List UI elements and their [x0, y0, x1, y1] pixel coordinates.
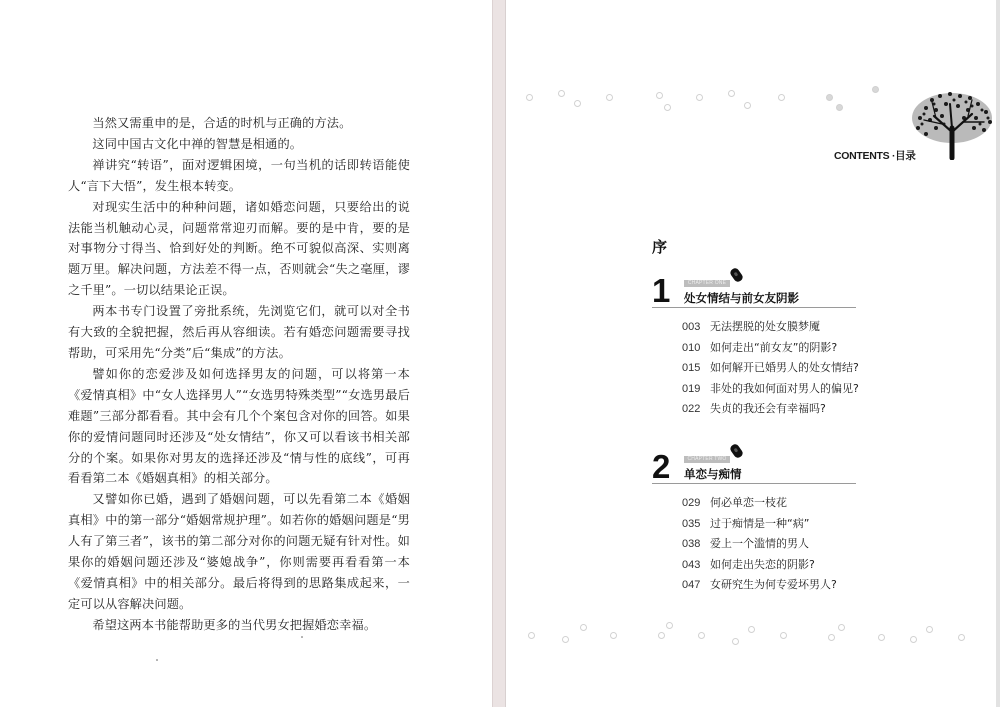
toc-page-number: 022: [682, 403, 710, 415]
flower-icon: [728, 90, 735, 97]
flower-icon: [958, 634, 965, 641]
toc-entry[interactable]: 043 如何走出失恋的阴影?: [682, 556, 837, 577]
chapter-divider: [652, 307, 856, 308]
flower-icon: [658, 632, 665, 639]
toc-page-number: 029: [682, 497, 710, 509]
toc-entry-title: 过于痴情是一种“病”: [710, 515, 809, 531]
toc-page-number: 043: [682, 559, 710, 571]
toc-page-number: 038: [682, 538, 710, 550]
toc-list: 003 无法摆脱的处女膜梦魇 010 如何走出“前女友”的阴影? 015 如何解…: [682, 318, 859, 421]
toc-list: 029 何必单恋一枝花 035 过于痴情是一种“病” 038 爱上一个滥情的男人…: [682, 494, 837, 597]
flower-icon: [698, 632, 705, 639]
toc-entry[interactable]: 019 非处的我如何面对男人的偏见?: [682, 380, 859, 401]
chapter-title[interactable]: 处女情结与前女友阴影: [684, 290, 799, 306]
toc-entry[interactable]: 010 如何走出“前女友”的阴影?: [682, 339, 859, 360]
flower-icon: [562, 636, 569, 643]
flower-icon: [558, 90, 565, 97]
flower-icon: [526, 94, 533, 101]
flower-icon: [910, 636, 917, 643]
paragraph: 这同中国古文化中禅的智慧是相通的。: [68, 134, 410, 155]
toc-page-number: 019: [682, 383, 710, 395]
flower-icon: [828, 634, 835, 641]
flower-icon: [778, 94, 785, 101]
chapter-badge-icon: [729, 443, 744, 460]
toc-entry-title: 失贞的我还会有幸福吗?: [710, 400, 826, 416]
book-spread: 当然又需重申的是，合适的时机与正确的方法。 这同中国古文化中禅的智慧是相通的。 …: [0, 0, 1000, 707]
toc-page-number: 003: [682, 321, 710, 333]
toc-entry-title: 女研究生为何专爱坏男人?: [710, 576, 837, 592]
flower-icon: [574, 100, 581, 107]
chapter-number: 2: [652, 452, 670, 482]
toc-entry[interactable]: 022 失贞的我还会有幸福吗?: [682, 400, 859, 421]
flower-icon: [528, 632, 535, 639]
paragraph: 当然又需重申的是，合适的时机与正确的方法。: [68, 113, 410, 134]
toc-entry[interactable]: 015 如何解开已婚男人的处女情结?: [682, 359, 859, 380]
toc-entry[interactable]: 035 过于痴情是一种“病”: [682, 515, 837, 536]
chapter-number: 1: [652, 276, 670, 306]
flower-icon: [872, 86, 879, 93]
toc-page-number: 010: [682, 342, 710, 354]
flower-icon: [610, 632, 617, 639]
left-page: 当然又需重申的是，合适的时机与正确的方法。 这同中国古文化中禅的智慧是相通的。 …: [0, 0, 492, 707]
flower-icon: [696, 94, 703, 101]
toc-entry-title: 无法摆脱的处女膜梦魇: [710, 318, 820, 334]
flower-icon: [606, 94, 613, 101]
chapter-tag: CHAPTER ONE: [684, 280, 730, 287]
toc-entry[interactable]: 029 何必单恋一枝花: [682, 494, 837, 515]
flower-icon: [838, 624, 845, 631]
right-page: CONTENTS ·目录 序 1 CHAPTER ONE 处女情结与前女友阴影 …: [506, 0, 996, 707]
toc-entry-title: 如何走出失恋的阴影?: [710, 556, 815, 572]
flower-icon: [580, 624, 587, 631]
toc-entry[interactable]: 003 无法摆脱的处女膜梦魇: [682, 318, 859, 339]
chapter-divider: [652, 483, 856, 484]
page-gutter: [492, 0, 506, 707]
paragraph: 譬如你的恋爱涉及如何选择男友的问题，可以将第一本《爱情真相》中“女人选择男人”“…: [68, 364, 410, 489]
flower-icon: [748, 626, 755, 633]
toc-entry-title: 如何走出“前女友”的阴影?: [710, 339, 837, 355]
toc-entry-title: 何必单恋一枝花: [710, 494, 787, 510]
preface-body-text: 当然又需重申的是，合适的时机与正确的方法。 这同中国古文化中禅的智慧是相通的。 …: [68, 113, 410, 636]
flower-icon: [744, 102, 751, 109]
paragraph: 又譬如你已婚，遇到了婚姻问题，可以先看第二本《婚姻真相》中的第一部分“婚姻常规护…: [68, 489, 410, 614]
speck-mark: [301, 636, 303, 638]
page-edge: [996, 0, 1000, 707]
decorative-flower-row-bottom: [506, 622, 996, 662]
paragraph: 两本书专门设置了旁批系统，先浏览它们，就可以对全书有大致的全貌把握，然后再从容细…: [68, 301, 410, 364]
toc-entry-title: 非处的我如何面对男人的偏见?: [710, 380, 859, 396]
flower-icon: [656, 92, 663, 99]
toc-entry[interactable]: 047 女研究生为何专爱坏男人?: [682, 576, 837, 597]
contents-header: CONTENTS ·目录: [834, 148, 916, 163]
flower-icon: [666, 622, 673, 629]
flower-icon: [878, 634, 885, 641]
paragraph: 对现实生活中的种种问题，诸如婚恋问题，只要给出的说法能当机触动心灵，问题常常迎刃…: [68, 197, 410, 302]
toc-page-number: 015: [682, 362, 710, 374]
toc-page-number: 035: [682, 518, 710, 530]
toc-entry-title: 如何解开已婚男人的处女情结?: [710, 359, 859, 375]
flower-icon: [732, 638, 739, 645]
chapter-tag: CHAPTER TWO: [684, 456, 730, 463]
flower-icon: [836, 104, 843, 111]
chapter-badge-icon: [729, 267, 744, 284]
flower-icon: [926, 626, 933, 633]
flower-icon: [664, 104, 671, 111]
toc-preface-link[interactable]: 序: [652, 236, 667, 257]
tree-illustration-icon: [906, 88, 998, 160]
toc-entry-title: 爱上一个滥情的男人: [710, 535, 809, 551]
chapter-title[interactable]: 单恋与痴情: [684, 466, 742, 482]
toc-entry[interactable]: 038 爱上一个滥情的男人: [682, 535, 837, 556]
flower-icon: [780, 632, 787, 639]
paragraph: 希望这两本书能帮助更多的当代男女把握婚恋幸福。: [68, 615, 410, 636]
speck-mark: [156, 659, 158, 661]
toc-page-number: 047: [682, 579, 710, 591]
flower-icon: [826, 94, 833, 101]
paragraph: 禅讲究“转语”，面对逻辑困境，一句当机的话即转语能使人“言下大悟”，发生根本转变…: [68, 155, 410, 197]
